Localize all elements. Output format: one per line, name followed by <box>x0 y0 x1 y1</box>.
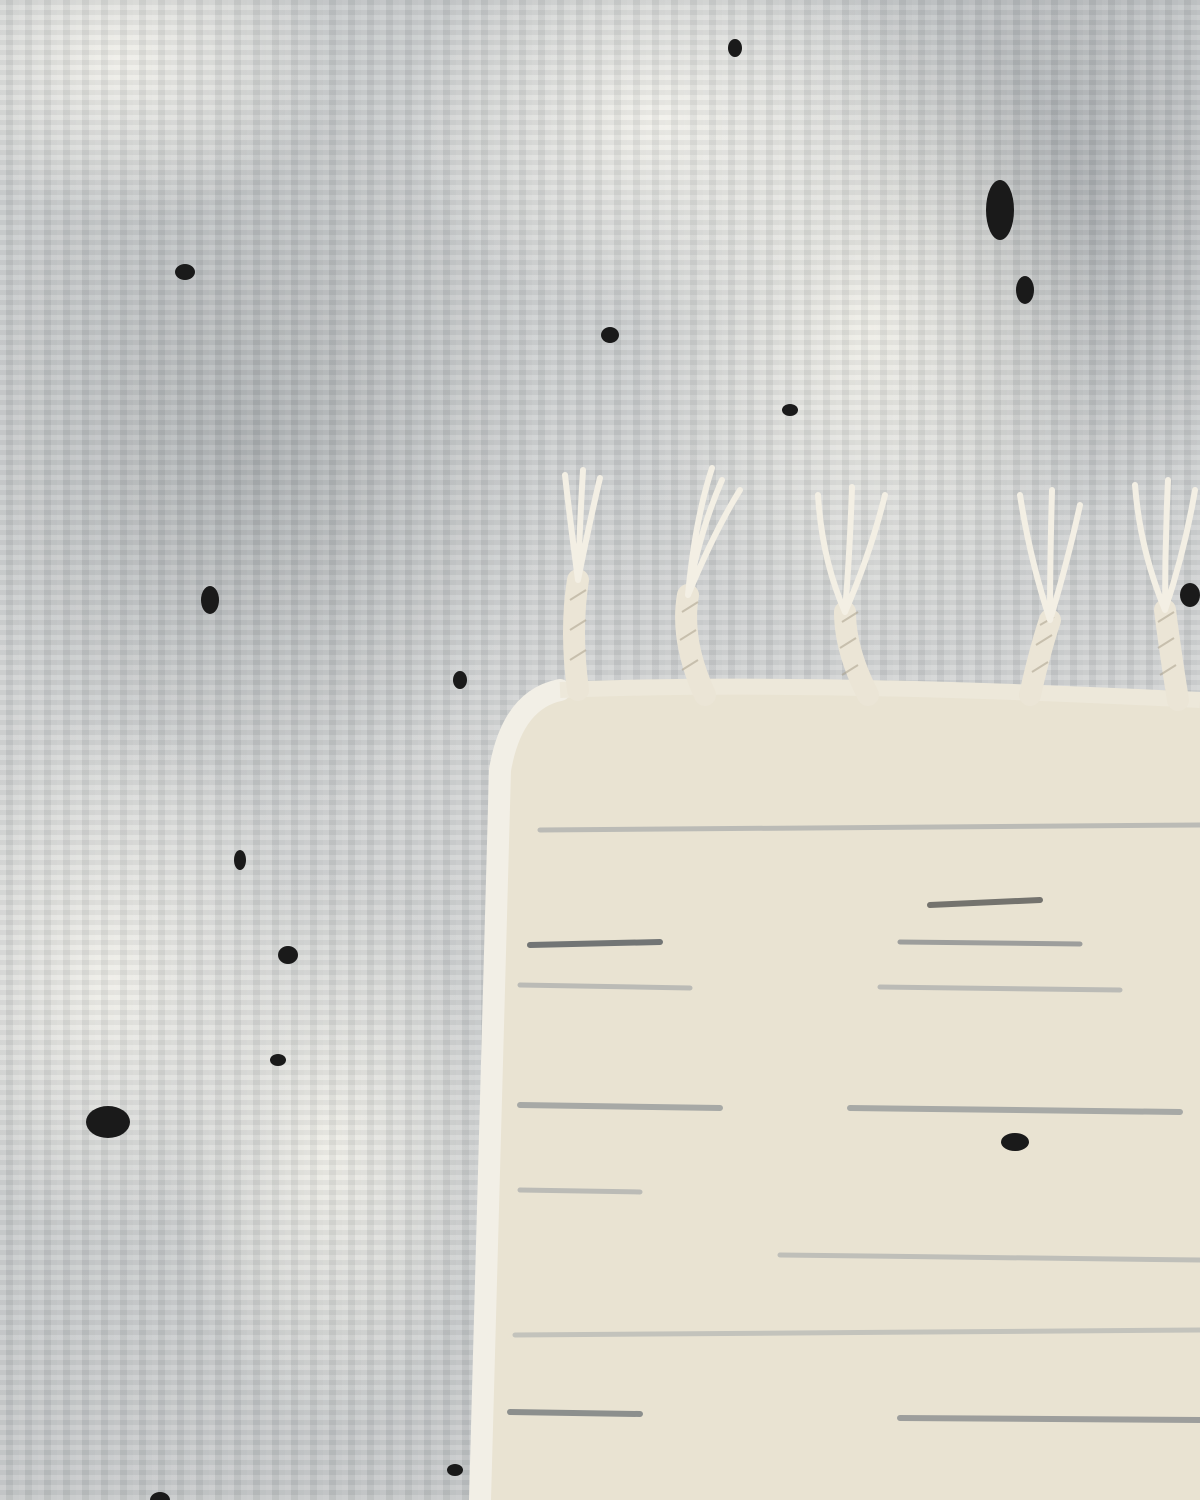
rug-fringe <box>0 0 1200 1500</box>
fringe-tassel <box>1020 490 1080 695</box>
fringe-tassel <box>565 470 600 690</box>
fringe-tassel <box>1135 480 1195 700</box>
fringe-tassel <box>818 487 885 695</box>
rug-photo <box>0 0 1200 1500</box>
fringe-tassel <box>680 468 740 695</box>
